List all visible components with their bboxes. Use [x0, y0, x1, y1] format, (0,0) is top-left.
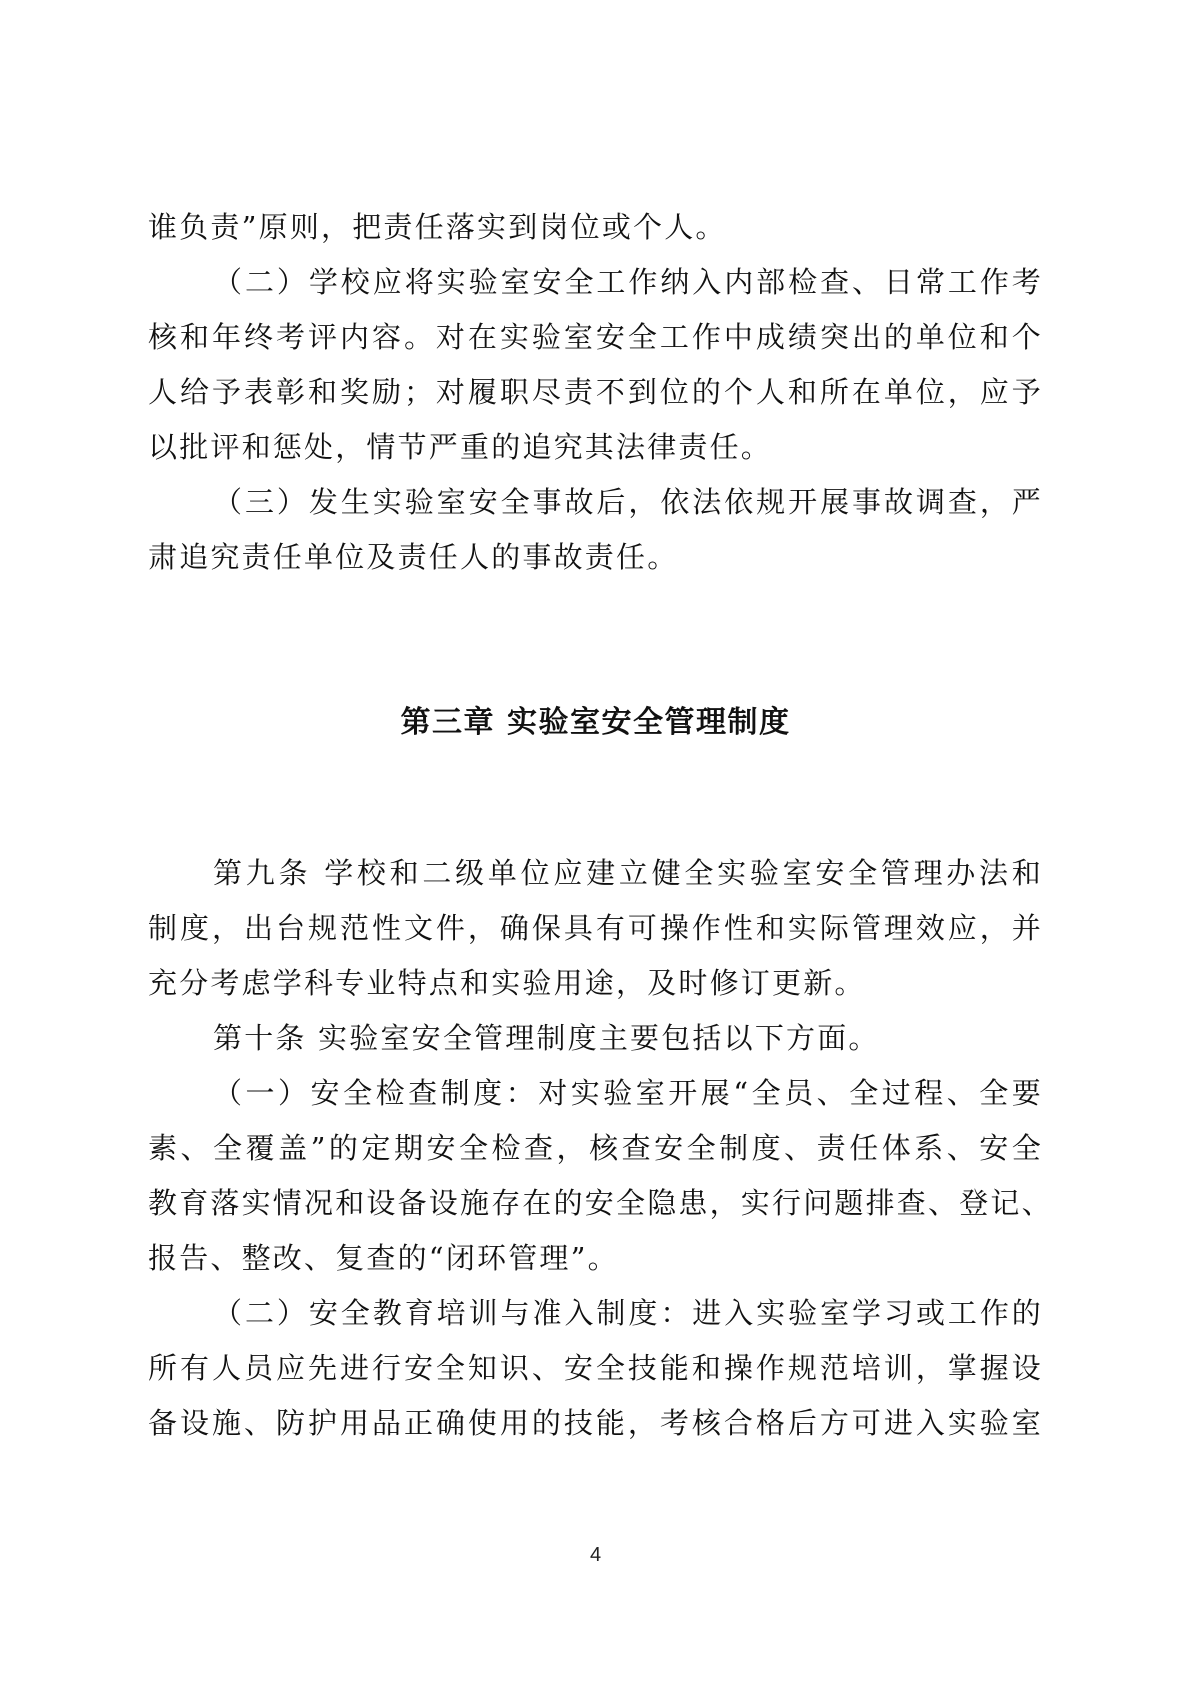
article-line: 教育落实情况和设备设施存在的安全隐患，实行问题排查、登记、: [148, 1183, 1043, 1223]
page-number: 4: [0, 1544, 1191, 1567]
paragraph-line: （三）发生实验室安全事故后，依法依规开展事故调查，严: [213, 482, 1043, 522]
paragraph-line: （二）学校应将实验室安全工作纳入内部检查、日常工作考: [213, 262, 1043, 302]
article-line: 制度，出台规范性文件，确保具有可操作性和实际管理效应，并: [148, 908, 1043, 948]
article-line: （二）安全教育培训与准入制度：进入实验室学习或工作的: [213, 1293, 1043, 1333]
article-line: 充分考虑学科专业特点和实验用途，及时修订更新。: [148, 963, 1043, 1003]
paragraph-line: 肃追究责任单位及责任人的事故责任。: [148, 537, 1043, 577]
paragraph-line: 人给予表彰和奖励；对履职尽责不到位的个人和所在单位，应予: [148, 372, 1043, 412]
article-line: 所有人员应先进行安全知识、安全技能和操作规范培训，掌握设: [148, 1348, 1043, 1388]
chapter-heading: 第三章 实验室安全管理制度: [0, 703, 1191, 743]
article-line: 备设施、防护用品正确使用的技能，考核合格后方可进入实验室: [148, 1403, 1043, 1443]
article-line: 报告、整改、复查的“闭环管理”。: [148, 1238, 1043, 1278]
article-line: （一）安全检查制度：对实验室开展“全员、全过程、全要: [213, 1073, 1043, 1113]
paragraph-line: 以批评和惩处，情节严重的追究其法律责任。: [148, 427, 1043, 467]
article-line: 第十条 实验室安全管理制度主要包括以下方面。: [213, 1018, 1043, 1058]
paragraph-line: 核和年终考评内容。对在实验室安全工作中成绩突出的单位和个: [148, 317, 1043, 357]
article-line: 素、全覆盖”的定期安全检查，核查安全制度、责任体系、安全: [148, 1128, 1043, 1168]
paragraph-line: 谁负责”原则，把责任落实到岗位或个人。: [148, 207, 1043, 247]
document-page: 谁负责”原则，把责任落实到岗位或个人。 （二）学校应将实验室安全工作纳入内部检查…: [0, 0, 1191, 1684]
article-line: 第九条 学校和二级单位应建立健全实验室安全管理办法和: [213, 853, 1043, 893]
